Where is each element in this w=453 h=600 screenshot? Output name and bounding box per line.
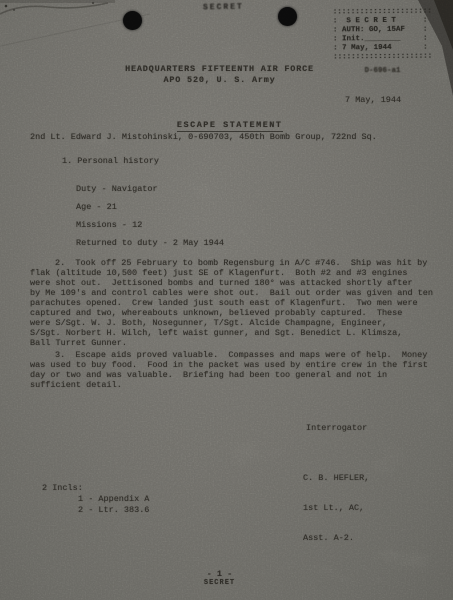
footer-secret-stamp: SECRET bbox=[0, 578, 439, 588]
doc-title-text: ESCAPE STATEMENT bbox=[177, 120, 283, 132]
section1-heading: 1. Personal history bbox=[62, 156, 159, 166]
doc-date: 7 May, 1944 bbox=[345, 95, 401, 105]
signature-block: C. B. HEFLER, 1st Lt., AC, Asst. A-2. bbox=[303, 453, 369, 563]
paragraph-2: 2. Took off 25 February to bomb Regensbu… bbox=[30, 258, 440, 348]
interrogator-label: Interrogator bbox=[306, 423, 367, 433]
enclosures-heading: 2 Incls: bbox=[42, 483, 83, 493]
signature-rank: 1st Lt., AC, bbox=[303, 503, 369, 513]
subject-line: 2nd Lt. Edward J. Mistohinski, 0-690703,… bbox=[30, 132, 377, 142]
signature-title: Asst. A-2. bbox=[303, 533, 369, 543]
header-apo: APO 520, U. S. Army bbox=[0, 75, 439, 85]
paragraph-3: 3. Escape aids proved valuable. Compasse… bbox=[30, 350, 440, 390]
document-page: SECRET :::::::::::::::::::::: : S E C R … bbox=[0, 0, 453, 600]
auth-stamp-box: :::::::::::::::::::::: : S E C R E T : :… bbox=[333, 8, 432, 63]
secret-stamp-top: SECRET bbox=[203, 3, 244, 14]
hole-punch-right bbox=[278, 7, 297, 26]
hole-punch-left bbox=[123, 11, 142, 30]
enclosures-items: 1 - Appendix A 2 - Ltr. 383.6 bbox=[78, 494, 149, 516]
header-org: HEADQUARTERS FIFTEENTH AIR FORCE bbox=[0, 64, 439, 74]
signature-name: C. B. HEFLER, bbox=[303, 473, 369, 483]
section1-items: Duty - Navigator Age - 21 Missions - 12 … bbox=[76, 180, 224, 252]
